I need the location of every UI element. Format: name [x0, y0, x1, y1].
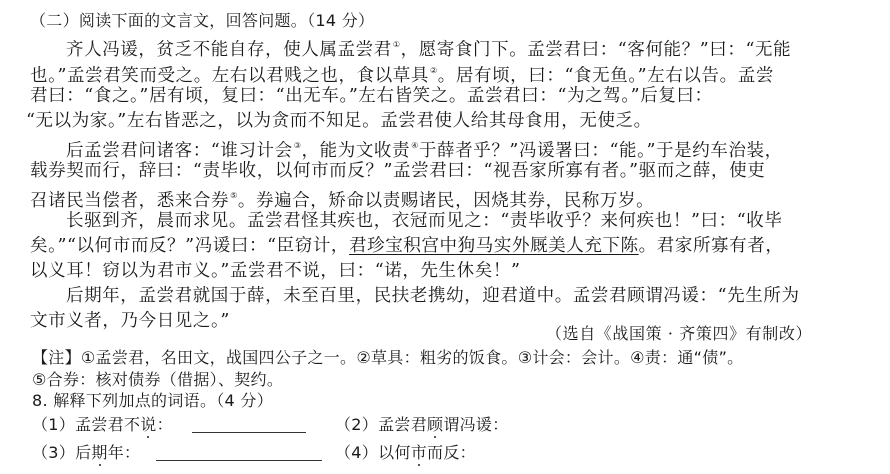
notes-line2: ⑤合券：核对债券（借据）、契约。	[32, 369, 283, 391]
dotted-word: 说	[140, 415, 156, 434]
passage-p1-line3: 君曰：“食之。”居有顷，复曰：“出无车。”左右皆笑之。孟尝君曰：“为之驾。”后复…	[30, 85, 713, 107]
passage-p2-line2: 载券契而行，辞曰：“责毕收，以何市而反？”孟尝君曰：“视吾家所寡有者。”驱而之薛…	[30, 160, 765, 182]
passage-p1-line2: 也。”孟尝君笑而受之。左右以君贱之也，食以草具②。居有顷，曰：“食无鱼。”左右以…	[30, 60, 774, 87]
passage-p2-line3: 召诸民当偿者，悉来合券⑤。券遍合，矫命以责赐诸民，因烧其券，民称万岁。	[30, 185, 654, 212]
footnote-marker: ①	[393, 40, 401, 49]
answer-blank-3[interactable]	[156, 446, 322, 461]
question-item-4: （4）以何市而反：	[335, 442, 476, 464]
dotted-word: 顾	[427, 415, 443, 434]
dotted-word: 期	[91, 443, 107, 462]
passage-p2-line1: 后孟尝君问诸客：“谁习计会③，能为文收责④于薛者乎？”冯谖署曰：“能。”于是约车…	[66, 135, 783, 162]
footnote-marker: ⑤	[230, 191, 238, 200]
dotted-word: 市	[411, 443, 427, 462]
section-title: （二）阅读下面的文言文，回答问题。（14 分）	[30, 10, 374, 32]
passage-p3-line3: 以义耳！窃以为君市义。”孟尝君不说，曰：“诺，先生休矣！”	[30, 260, 521, 282]
question-item-1: （1）孟尝君不说：	[32, 414, 173, 436]
passage-p1-line4: “无以为家。”左右皆恶之，以为贪而不知足。孟尝君使人给其母食用，无使乏。	[26, 110, 652, 132]
question-item-3: （3）后期年：	[32, 442, 140, 464]
source-citation: （选自《战国策 · 齐策四》有制改）	[546, 323, 812, 345]
passage-p3-line2: 矣。”“以何市而反？”冯谖曰：“臣窃计，君珍宝积宫中狗马实外厩美人充下陈。君家所…	[30, 235, 783, 257]
question-title: 8. 解释下列加点的词语。（4 分）	[32, 390, 273, 412]
answer-blank-1[interactable]	[192, 418, 306, 433]
question-item-2: （2）孟尝君顾谓冯谖：	[335, 414, 509, 436]
notes-line1: 【注】①孟尝君，名田文，战国四公子之一。②草具：粗劣的饭食。③计会：会计。④责：…	[32, 347, 743, 369]
passage-p1-line1: 齐人冯谖，贫乏不能自存，使人属孟尝君①，愿寄食门下。孟尝君曰：“客何能？”曰：“…	[66, 34, 791, 61]
footnote-marker: ③	[294, 141, 302, 150]
passage-p4-line1: 后期年，孟尝君就国于薛，未至百里，民扶老携幼，迎君道中。孟尝君顾谓冯谖：“先生所…	[66, 285, 800, 307]
passage-p3-line1: 长驱到齐，晨而求见。孟尝君怪其疾也，衣冠而见之：“责毕收乎？来何疾也！”曰：“收…	[66, 210, 782, 232]
passage-p4-line2: 文市义者，乃今日见之。”	[30, 310, 230, 332]
footnote-marker: ②	[430, 66, 438, 75]
footnote-marker: ④	[411, 141, 419, 150]
underlined-sentence: 君珍宝积宫中狗马实外厩美人充下陈	[349, 236, 639, 256]
